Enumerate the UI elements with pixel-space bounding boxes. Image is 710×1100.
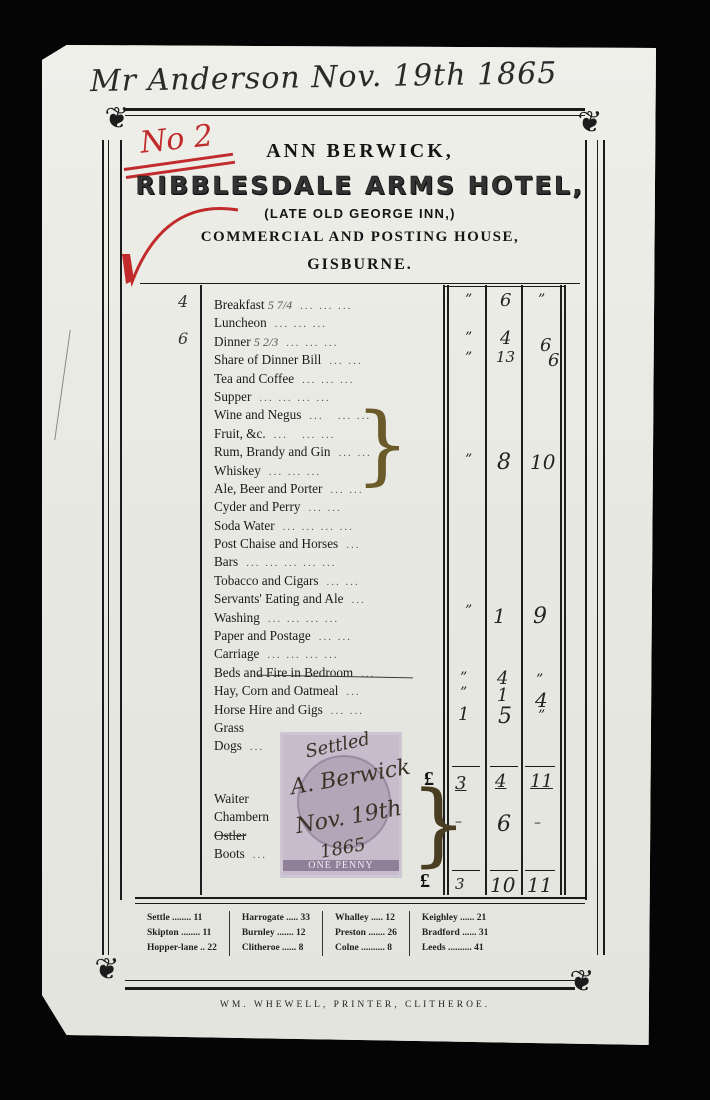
pence-col-rule bbox=[521, 285, 523, 895]
distances-column: Settle ........ 11 Skipton ........ 11 H… bbox=[135, 911, 230, 956]
amount-pence: ” bbox=[536, 672, 543, 688]
brace-icon: } bbox=[410, 780, 467, 870]
amount-pounds: ” bbox=[465, 350, 472, 366]
bill-item: Wine and Negus... ... ... bbox=[214, 406, 375, 424]
frame-left-rule-thin bbox=[108, 140, 109, 955]
proprietor-name: ANN BERWICK, bbox=[120, 140, 600, 163]
subtotal-rule bbox=[525, 766, 555, 767]
amount-pounds: ” bbox=[460, 670, 467, 686]
bill-item: Servants' Eating and Ale... bbox=[214, 590, 375, 608]
corner-ornament-icon: ❦ bbox=[573, 106, 607, 140]
amount-pounds: ” bbox=[465, 452, 472, 468]
bill-item: Soda Water... ... ... ... bbox=[214, 517, 375, 535]
amount-shillings: 5 bbox=[498, 704, 512, 729]
bill-item: Hay, Corn and Oatmeal... bbox=[214, 682, 375, 700]
frame-top-rule bbox=[125, 108, 585, 111]
servant-pence: – bbox=[534, 815, 541, 831]
stamp-label: ONE PENNY bbox=[283, 860, 399, 871]
amount-top-rule bbox=[443, 286, 565, 287]
bill-item: Luncheon... ... ... bbox=[214, 314, 375, 332]
frame-bottom-rule-thin bbox=[125, 980, 575, 981]
bill-item: Horse Hire and Gigs... ... bbox=[214, 701, 375, 719]
bill-item: Ale, Beer and Porter... ... bbox=[214, 480, 375, 498]
bill-item: Dinner 5 2/3... ... ... bbox=[214, 333, 375, 351]
bill-item: Post Chaise and Horses... bbox=[214, 535, 375, 553]
amount-pence: ” bbox=[538, 292, 545, 308]
subtotal-rule bbox=[452, 766, 480, 767]
items-left-rule bbox=[200, 285, 202, 895]
amount-pence: 6 bbox=[548, 350, 559, 371]
amount-shillings: 4 bbox=[500, 328, 511, 349]
corner-ornament-icon: ❦ bbox=[565, 965, 599, 999]
distances-column: Whalley ..... 12 Preston ....... 26 Coln… bbox=[323, 911, 410, 956]
house-description: COMMERCIAL AND POSTING HOUSE, bbox=[120, 229, 600, 246]
bill-item: Fruit, &c.... ... ... bbox=[214, 425, 375, 443]
amount-pence: 10 bbox=[530, 450, 555, 474]
table-bottom-rule bbox=[135, 897, 585, 899]
bill-item: Whiskey... ... ... bbox=[214, 462, 375, 480]
bill-item: Washing... ... ... ... bbox=[214, 609, 375, 627]
bill-item: Breakfast 5 7/4... ... ... bbox=[214, 296, 375, 314]
brace-icon: } bbox=[355, 402, 410, 488]
amount-pence: 9 bbox=[533, 604, 547, 629]
amount-pounds: ” bbox=[465, 330, 472, 346]
bill-item: Cyder and Perry... ... bbox=[214, 498, 375, 516]
amount-shillings: 1 bbox=[497, 685, 508, 706]
bill-item: Beds and Fire in Bedroom... bbox=[214, 664, 375, 682]
total-rule bbox=[525, 870, 555, 871]
total-rule bbox=[490, 870, 518, 871]
frame-right-rule bbox=[603, 140, 605, 955]
bill-item: Share of Dinner Bill... ... bbox=[214, 351, 375, 369]
former-name: (LATE OLD GEORGE INN,) bbox=[120, 206, 600, 221]
frame-left-rule bbox=[102, 140, 104, 955]
distances-table: Settle ........ 11 Skipton ........ 11 H… bbox=[135, 911, 500, 956]
subtotal-pence: 11 bbox=[530, 771, 553, 792]
amount-right-rule bbox=[564, 285, 566, 895]
bill-item: Bars... ... ... ... ... bbox=[214, 553, 375, 571]
total-pence: 11 bbox=[527, 873, 552, 897]
total-pounds: 3 bbox=[455, 875, 465, 893]
table-bottom-rule-thin bbox=[135, 903, 585, 904]
margin-count: 6 bbox=[178, 329, 188, 348]
bill-item: Tea and Coffee... ... ... bbox=[214, 370, 375, 388]
corner-ornament-icon: ❦ bbox=[90, 953, 124, 987]
bill-item: Paper and Postage... ... bbox=[214, 627, 375, 645]
shillings-col-rule bbox=[485, 285, 487, 895]
frame-top-rule-thin bbox=[125, 115, 585, 116]
hotel-name: RIBBLESDALE ARMS HOTEL, bbox=[120, 171, 600, 200]
town-name: GISBURNE. bbox=[120, 256, 600, 274]
frame-bottom-rule bbox=[125, 987, 575, 990]
amount-pounds: ” bbox=[465, 603, 472, 619]
subtotal-rule bbox=[490, 766, 518, 767]
inner-right-rule bbox=[585, 140, 587, 900]
bill-item: Supper... ... ... ... bbox=[214, 388, 375, 406]
bill-item: Rum, Brandy and Gin... ... bbox=[214, 443, 375, 461]
amount-pounds: ” bbox=[465, 292, 472, 308]
amount-shillings: 1 bbox=[493, 604, 506, 628]
total-shillings: 10 bbox=[490, 873, 515, 897]
amount-pounds: ” bbox=[460, 685, 467, 701]
distances-column: Harrogate ..... 33 Burnley ....... 12 Cl… bbox=[230, 911, 323, 956]
corner-ornament-icon: ❦ bbox=[100, 102, 134, 136]
amount-pounds: 1 bbox=[458, 704, 469, 725]
margin-count: 4 bbox=[178, 292, 188, 311]
amount-right-rule bbox=[560, 285, 562, 895]
servant-shillings: 6 bbox=[497, 812, 511, 837]
bill-item: Tobacco and Cigars... ... bbox=[214, 572, 375, 590]
amount-shillings: 13 bbox=[496, 348, 515, 366]
amount-shillings: 6 bbox=[500, 290, 511, 311]
amount-shillings: 8 bbox=[497, 450, 511, 475]
bill-item: Carriage... ... ... ... bbox=[214, 645, 375, 663]
amount-pence: ” bbox=[538, 708, 545, 724]
subtotal-shillings: 4 bbox=[495, 771, 506, 792]
distances-column: Keighley ...... 21 Bradford ...... 31 Le… bbox=[410, 911, 501, 956]
printer-credit: WM. WHEWELL, PRINTER, CLITHEROE. bbox=[0, 1000, 710, 1010]
